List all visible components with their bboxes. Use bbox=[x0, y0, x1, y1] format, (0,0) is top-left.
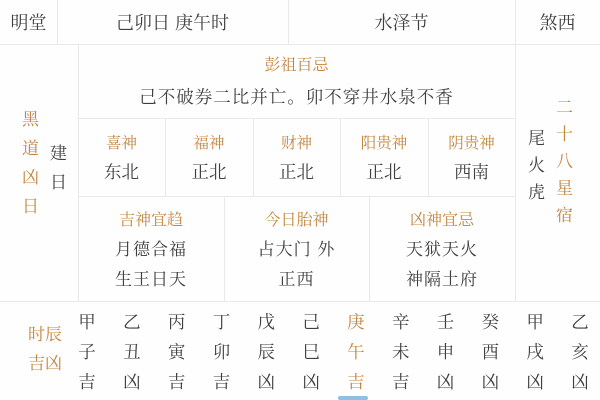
hour-stem: 己 bbox=[302, 307, 320, 337]
hour-branch: 亥 bbox=[571, 337, 589, 367]
hour-stem: 戊 bbox=[258, 307, 276, 337]
hour-luck: 凶 bbox=[302, 367, 320, 397]
hall-label: 明堂 bbox=[0, 0, 57, 44]
section-fetal-god: 今日胎神 占大门 外 正西 bbox=[224, 196, 369, 301]
god-cell-xishen: 喜神 东北 bbox=[78, 118, 165, 196]
hour-stem: 辛 bbox=[392, 307, 410, 337]
hour-branch: 戌 bbox=[526, 337, 544, 367]
hour-column[interactable]: 甲 子 吉 bbox=[75, 307, 99, 397]
hour-branch: 辰 bbox=[258, 337, 276, 367]
day-hour-pillars: 己卯日 庚午时 bbox=[57, 0, 288, 44]
section-lucky-gods: 吉神宜趋 月德合福 生王日天 bbox=[78, 196, 224, 301]
hour-column[interactable]: 辛 未 吉 bbox=[389, 307, 413, 397]
hours-label-line2: 吉凶 bbox=[20, 349, 70, 378]
hour-branch: 午 bbox=[347, 337, 365, 367]
section-title: 吉神宜趋 bbox=[119, 207, 183, 230]
hour-luck: 吉 bbox=[347, 367, 365, 397]
hour-column[interactable]: 丙 寅 吉 bbox=[165, 307, 189, 397]
pengzu-text: 己不破券二比并亡。卯不穿井水泉不香 bbox=[78, 84, 515, 109]
hour-luck: 吉 bbox=[78, 367, 96, 397]
hour-branch: 酉 bbox=[482, 337, 500, 367]
hour-column[interactable]: 戊 辰 凶 bbox=[254, 307, 278, 397]
hour-column[interactable]: 己 巳 凶 bbox=[299, 307, 323, 397]
section-line: 月德合福 bbox=[115, 235, 187, 260]
god-label: 财神 bbox=[281, 131, 312, 153]
section-line: 占大门 外 bbox=[258, 235, 336, 260]
hours-label-line1: 时辰 bbox=[20, 320, 70, 349]
hour-stem: 乙 bbox=[123, 307, 141, 337]
hour-branch: 卯 bbox=[213, 337, 231, 367]
section-line: 天狱天火 bbox=[406, 235, 478, 260]
hour-stem: 癸 bbox=[482, 307, 500, 337]
hour-luck: 凶 bbox=[258, 367, 276, 397]
divider bbox=[0, 44, 600, 45]
day-type-vertical: 黑道凶日 bbox=[16, 110, 41, 232]
hour-branch: 子 bbox=[78, 337, 96, 367]
god-cell-yingui: 阴贵神 西南 bbox=[428, 118, 515, 196]
hour-luck: 凶 bbox=[482, 367, 500, 397]
hours-row: 甲 子 吉 乙 丑 凶 丙 寅 吉 丁 卯 吉 戊 辰 凶 己 巳 凶 bbox=[75, 307, 592, 397]
section-title: 凶神宜忌 bbox=[410, 207, 474, 230]
hour-luck: 凶 bbox=[437, 367, 455, 397]
hour-stem: 甲 bbox=[526, 307, 544, 337]
section-line: 神隔土府 bbox=[406, 265, 478, 290]
god-label: 阴贵神 bbox=[448, 131, 495, 153]
hour-stem: 乙 bbox=[571, 307, 589, 337]
hour-luck: 吉 bbox=[213, 367, 231, 397]
hour-stem: 丙 bbox=[168, 307, 186, 337]
god-label: 福神 bbox=[193, 131, 224, 153]
hour-column[interactable]: 壬 申 凶 bbox=[434, 307, 458, 397]
solar-term: 水泽节 bbox=[288, 0, 515, 44]
god-cell-yanggui: 阳贵神 正北 bbox=[340, 118, 428, 196]
almanac-panel: 明堂 己卯日 庚午时 水泽节 煞西 黑道凶日 建日 尾火虎 二十八星宿 彭祖百忌… bbox=[0, 0, 600, 400]
current-hour-indicator bbox=[338, 396, 368, 400]
god-cell-caishen: 财神 正北 bbox=[253, 118, 340, 196]
hour-column[interactable]: 甲 戌 凶 bbox=[523, 307, 547, 397]
hours-label: 时辰 吉凶 bbox=[20, 320, 70, 378]
hour-branch: 申 bbox=[437, 337, 455, 367]
god-value: 正北 bbox=[279, 159, 314, 184]
god-label: 阳贵神 bbox=[361, 131, 408, 153]
god-label: 喜神 bbox=[106, 131, 137, 153]
hour-column[interactable]: 庚 午 吉 bbox=[344, 307, 368, 397]
hour-branch: 丑 bbox=[123, 337, 141, 367]
god-cell-fushen: 福神 正北 bbox=[165, 118, 253, 196]
hour-stem: 壬 bbox=[437, 307, 455, 337]
divider bbox=[0, 301, 600, 302]
section-title: 今日胎神 bbox=[264, 207, 328, 230]
hour-column[interactable]: 乙 亥 凶 bbox=[568, 307, 592, 397]
god-value: 正北 bbox=[367, 159, 402, 184]
section-line: 生王日天 bbox=[115, 265, 187, 290]
day-officer-vertical: 建日 bbox=[44, 144, 69, 204]
god-value: 正北 bbox=[192, 159, 227, 184]
god-value: 东北 bbox=[104, 159, 139, 184]
hour-luck: 吉 bbox=[168, 367, 186, 397]
hour-column[interactable]: 丁 卯 吉 bbox=[209, 307, 233, 397]
lunar-mansion-vertical: 尾火虎 bbox=[522, 129, 547, 213]
divider bbox=[515, 0, 516, 301]
pengzu-title: 彭祖百忌 bbox=[78, 52, 515, 75]
hour-column[interactable]: 癸 酉 凶 bbox=[478, 307, 502, 397]
section-line: 正西 bbox=[279, 265, 315, 290]
hour-luck: 凶 bbox=[571, 367, 589, 397]
hour-luck: 吉 bbox=[392, 367, 410, 397]
hour-stem: 庚 bbox=[347, 307, 365, 337]
mansion-group-vertical: 二十八星宿 bbox=[550, 98, 575, 238]
hour-stem: 甲 bbox=[78, 307, 96, 337]
hour-branch: 巳 bbox=[302, 337, 320, 367]
god-value: 西南 bbox=[454, 159, 489, 184]
sha-direction: 煞西 bbox=[515, 0, 600, 44]
hour-stem: 丁 bbox=[213, 307, 231, 337]
hour-luck: 凶 bbox=[526, 367, 544, 397]
hour-column[interactable]: 乙 丑 凶 bbox=[120, 307, 144, 397]
section-unlucky-gods: 凶神宜忌 天狱天火 神隔土府 bbox=[369, 196, 515, 301]
hour-branch: 未 bbox=[392, 337, 410, 367]
hour-luck: 凶 bbox=[123, 367, 141, 397]
hour-branch: 寅 bbox=[168, 337, 186, 367]
